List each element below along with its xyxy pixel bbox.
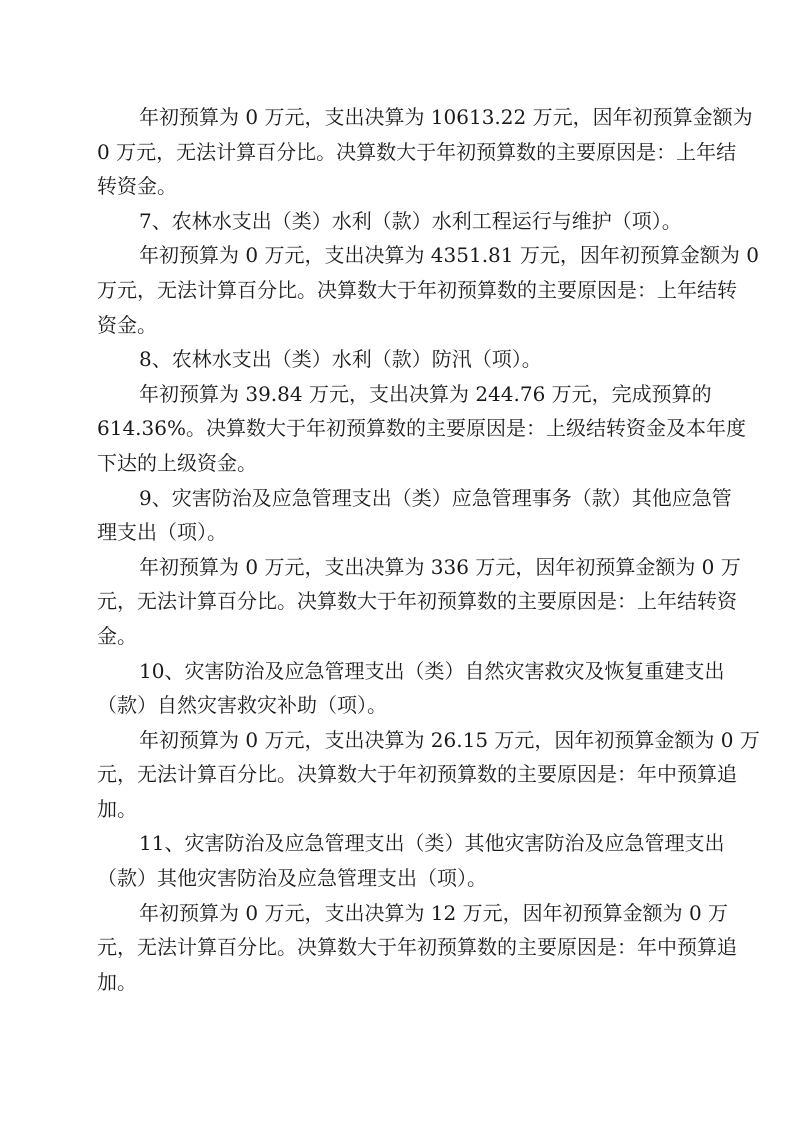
text-line: 年初预算为 0 万元，支出决算为 12 万元，因年初预算金额为 0 万 — [97, 900, 697, 935]
heading-line: 8、农林水支出（类）水利（款）防汛（项）。 — [97, 346, 697, 381]
text-line: 转资金。 — [97, 173, 697, 208]
heading-line: （款）自然灾害救灾补助（项）。 — [97, 692, 697, 727]
paragraph-item-10: 年初预算为 0 万元，支出决算为 26.15 万元，因年初预算金额为 0 万 元… — [97, 727, 697, 831]
text-line: 年初预算为 0 万元，支出决算为 26.15 万元，因年初预算金额为 0 万 — [97, 727, 697, 762]
text-line: 年初预算为 0 万元，支出决算为 10613.22 万元，因年初预算金额为 — [97, 104, 697, 139]
heading-line: （款）其他灾害防治及应急管理支出（项）。 — [97, 865, 697, 900]
text-line: 年初预算为 0 万元，支出决算为 4351.81 万元，因年初预算金额为 0 — [97, 242, 697, 277]
text-line: 元，无法计算百分比。决算数大于年初预算数的主要原因是：年中预算追 — [97, 934, 697, 969]
heading-line: 10、灾害防治及应急管理支出（类）自然灾害救灾及恢复重建支出 — [97, 658, 697, 693]
paragraph-item-9: 年初预算为 0 万元，支出决算为 336 万元，因年初预算金额为 0 万 元，无… — [97, 554, 697, 658]
text-line: 加。 — [97, 969, 697, 1004]
text-line: 万元，无法计算百分比。决算数大于年初预算数的主要原因是：上年结转 — [97, 277, 697, 312]
text-line: 金。 — [97, 623, 697, 658]
text-line: 年初预算为 39.84 万元，支出决算为 244.76 万元，完成预算的 — [97, 381, 697, 416]
paragraph-item-7: 年初预算为 0 万元，支出决算为 4351.81 万元，因年初预算金额为 0 万… — [97, 242, 697, 346]
text-line: 0 万元，无法计算百分比。决算数大于年初预算数的主要原因是：上年结 — [97, 139, 697, 174]
text-line: 下达的上级资金。 — [97, 450, 697, 485]
text-line: 加。 — [97, 796, 697, 831]
heading-line: 9、灾害防治及应急管理支出（类）应急管理事务（款）其他应急管 — [97, 485, 697, 520]
text-line: 元，无法计算百分比。决算数大于年初预算数的主要原因是：年中预算追 — [97, 761, 697, 796]
section-heading-11: 11、灾害防治及应急管理支出（类）其他灾害防治及应急管理支出 （款）其他灾害防治… — [97, 830, 697, 899]
document-page: 年初预算为 0 万元，支出决算为 10613.22 万元，因年初预算金额为 0 … — [97, 104, 697, 1003]
heading-line: 11、灾害防治及应急管理支出（类）其他灾害防治及应急管理支出 — [97, 830, 697, 865]
paragraph-item-8: 年初预算为 39.84 万元，支出决算为 244.76 万元，完成预算的 614… — [97, 381, 697, 485]
heading-line: 7、农林水支出（类）水利（款）水利工程运行与维护（项）。 — [97, 208, 697, 243]
section-heading-7: 7、农林水支出（类）水利（款）水利工程运行与维护（项）。 — [97, 208, 697, 243]
paragraph-carryover-budget: 年初预算为 0 万元，支出决算为 10613.22 万元，因年初预算金额为 0 … — [97, 104, 697, 208]
heading-line: 理支出（项）。 — [97, 519, 697, 554]
text-line: 614.36%。决算数大于年初预算数的主要原因是：上级结转资金及本年度 — [97, 415, 697, 450]
section-heading-8: 8、农林水支出（类）水利（款）防汛（项）。 — [97, 346, 697, 381]
section-heading-9: 9、灾害防治及应急管理支出（类）应急管理事务（款）其他应急管 理支出（项）。 — [97, 485, 697, 554]
paragraph-item-11: 年初预算为 0 万元，支出决算为 12 万元，因年初预算金额为 0 万 元，无法… — [97, 900, 697, 1004]
text-line: 资金。 — [97, 312, 697, 347]
text-line: 年初预算为 0 万元，支出决算为 336 万元，因年初预算金额为 0 万 — [97, 554, 697, 589]
section-heading-10: 10、灾害防治及应急管理支出（类）自然灾害救灾及恢复重建支出 （款）自然灾害救灾… — [97, 658, 697, 727]
text-line: 元，无法计算百分比。决算数大于年初预算数的主要原因是：上年结转资 — [97, 588, 697, 623]
